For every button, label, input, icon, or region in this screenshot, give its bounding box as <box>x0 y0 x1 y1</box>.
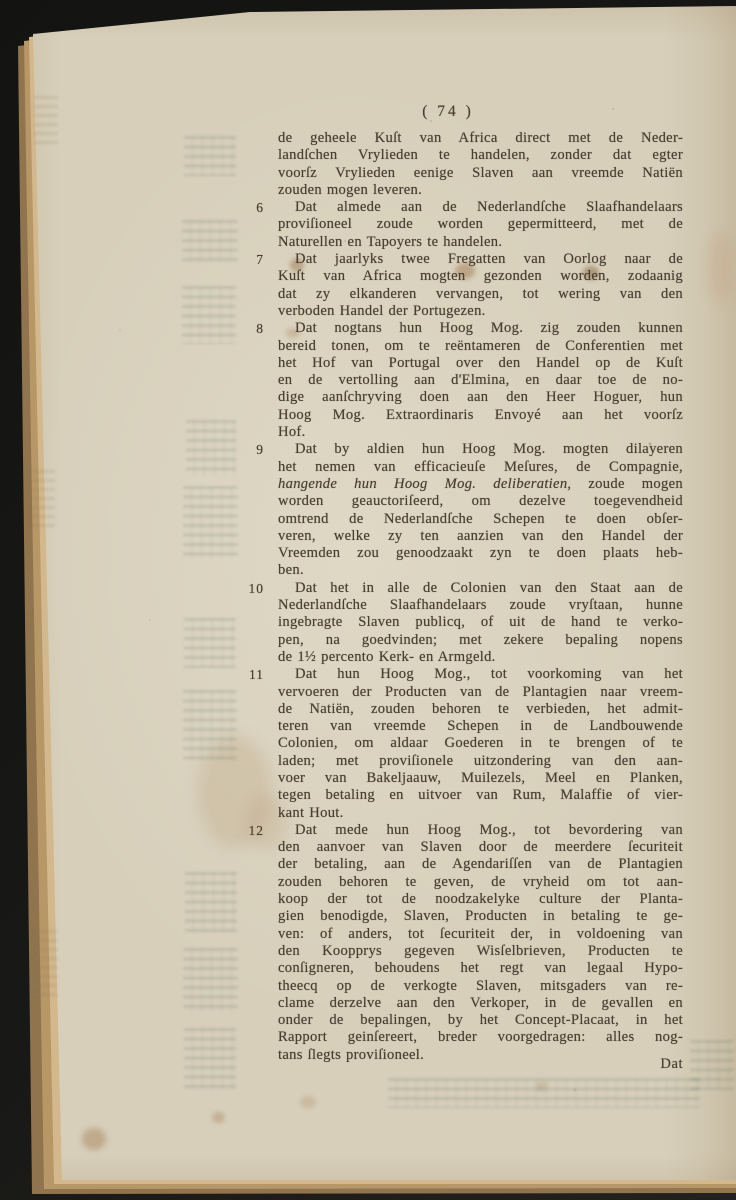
paragraph-8: 8Dat nogtans hun Hoog Mog. zig zouden ku… <box>278 320 683 441</box>
text-line: dat zy elkanderen vervangen, tot wering … <box>278 286 683 303</box>
paragraph-number: 9 <box>242 442 264 458</box>
paragraph-12: 12Dat mede hun Hoog Mog., tot bevorderin… <box>278 822 683 1064</box>
text-line: Dat mede hun Hoog Mog., tot bevordering … <box>278 822 683 839</box>
paragraph-7: 7Dat jaarlyks twee Fregatten van Oorlog … <box>278 251 683 320</box>
paragraph-number: 10 <box>242 581 264 597</box>
paragraph-9: 9Dat by aldien hun Hoog Mog. mogten dila… <box>278 441 683 579</box>
photograph-backdrop: { "colors": { "backdrop": "#161614", "pa… <box>0 0 736 1200</box>
catchword: Dat <box>278 1056 683 1073</box>
text-line: Vreemden zou genoodzaakt zyn te doen pla… <box>278 545 683 562</box>
paragraph-number: 11 <box>242 667 264 683</box>
text-line: Hof. <box>278 424 683 441</box>
text-line: koop der tot de noodzakelyke culture der… <box>278 891 683 908</box>
text-line: Dat hun Hoog Mog., tot voorkoming van he… <box>278 666 683 683</box>
text-line: de geheele Kuſt van Africa direct met de… <box>278 130 683 147</box>
text-line: ven: of anders, tot ſecuriteit der, in v… <box>278 926 683 943</box>
text-line: Rapport geinſereert, breder voorgedragen… <box>278 1029 683 1046</box>
text-line: de 1½ percento Kerk- en Armgeld. <box>278 649 683 666</box>
paragraph-number: 6 <box>242 200 264 216</box>
text-line: theecq op de verkogte Slaven, mitsgaders… <box>278 978 683 995</box>
text-line: zouden behoren te geven, de vryheid om t… <box>278 874 683 891</box>
page-number: ( 74 ) <box>388 103 508 121</box>
text-line: worden geauctoriſeerd, om dezelve toegev… <box>278 493 683 510</box>
paragraph-10: 10Dat het in alle de Colonien van den St… <box>278 580 683 666</box>
text-line: clame derzelve aan den Verkoper, in de g… <box>278 995 683 1012</box>
text-block: de geheele Kuſt van Africa direct met de… <box>278 130 683 1064</box>
text-line: dige aanſchryving doen aan den Heer Hogu… <box>278 389 683 406</box>
text-line: het Hof van Portugal over den Handel op … <box>278 355 683 372</box>
text-line: veren, welke zy ten aanzien van den Hand… <box>278 528 683 545</box>
paragraph-number: 12 <box>242 823 264 839</box>
text-line: Dat nogtans hun Hoog Mog. zig zouden kun… <box>278 320 683 337</box>
text-line: bereid tonen, om te reëntameren de Confe… <box>278 338 683 355</box>
text-line: proviſioneel zoude worden gepermitteerd,… <box>278 216 683 233</box>
paragraph-number: 8 <box>242 321 264 337</box>
paragraph-intro: de geheele Kuſt van Africa direct met de… <box>278 130 683 199</box>
paragraph-number: 7 <box>242 252 264 268</box>
text-line: laden; met proviſionele uitzondering van… <box>278 753 683 770</box>
text-line: Hoog Mog. Extraordinaris Envoyé aan het … <box>278 407 683 424</box>
text-line: Dat by aldien hun Hoog Mog. mogten dilay… <box>278 441 683 458</box>
text-line: teren van vreemde Schepen in de Landbouw… <box>278 718 683 735</box>
text-line: verboden Handel der Portugezen. <box>278 303 683 320</box>
text-line: Nederlandſche Slaafhandelaars zoude vryſ… <box>278 597 683 614</box>
roman-text: zoude mogen <box>571 476 683 492</box>
text-line: Dat jaarlyks twee Fregatten van Oorlog n… <box>278 251 683 268</box>
paragraph-6: 6Dat almede aan de Nederlandſche Slaafha… <box>278 199 683 251</box>
text-line: Dat het in alle de Colonien van den Staa… <box>278 580 683 597</box>
text-line: der betaling, aan de Agendariſſen van de… <box>278 856 683 873</box>
text-line: pen, na goedvinden; met zekere bepaling … <box>278 632 683 649</box>
text-line: Naturellen en Tapoyers te handelen. <box>278 234 683 251</box>
text-line: vervoeren der Producten van de Plantagie… <box>278 684 683 701</box>
text-line: ingebragte Slaven publicq, of uit de han… <box>278 614 683 631</box>
text-line: hangende hun Hoog Mog. deliberatien, zou… <box>278 476 683 493</box>
text-line: voorſz Vrylieden eenige Slaven aan vreem… <box>278 165 683 182</box>
text-line: kant Hout. <box>278 805 683 822</box>
text-line: het nemen van efficacieuſe Meſures, de C… <box>278 459 683 476</box>
text-line: en de vertolling aan d'Elmina, en daar t… <box>278 372 683 389</box>
text-line: onder de bepalingen, by het Concept-Plac… <box>278 1012 683 1029</box>
text-line: conſigneren, behoudens het regt van lega… <box>278 960 683 977</box>
text-line: Colonien, om aldaar Goederen in te breng… <box>278 735 683 752</box>
text-line: de Natiën, zouden behoren te verbieden, … <box>278 701 683 718</box>
text-line: tegen betaling en uitvoer van Rum, Malaf… <box>278 787 683 804</box>
text-line: Kuſt van Africa mogten gezonden worden, … <box>278 268 683 285</box>
text-line: landſchen Vrylieden te handelen, zonder … <box>278 147 683 164</box>
text-line: den aanvoer van Slaven door de meerdere … <box>278 839 683 856</box>
italic-text: hangende hun Hoog Mog. deliberatien, <box>278 476 571 492</box>
text-line: den Koopprys gegeven Wisſelbrieven, Prod… <box>278 943 683 960</box>
paragraph-11: 11Dat hun Hoog Mog., tot voorkoming van … <box>278 666 683 822</box>
text-line: voer van Bakeljaauw, Muilezels, Meel en … <box>278 770 683 787</box>
text-line: Dat almede aan de Nederlandſche Slaafhan… <box>278 199 683 216</box>
text-line: zouden mogen leveren. <box>278 182 683 199</box>
text-line: ben. <box>278 562 683 579</box>
text-line: gien benodigde, Slaven, Producten in bet… <box>278 908 683 925</box>
text-line: omtrend de Nederlandſche Schepen te doen… <box>278 511 683 528</box>
